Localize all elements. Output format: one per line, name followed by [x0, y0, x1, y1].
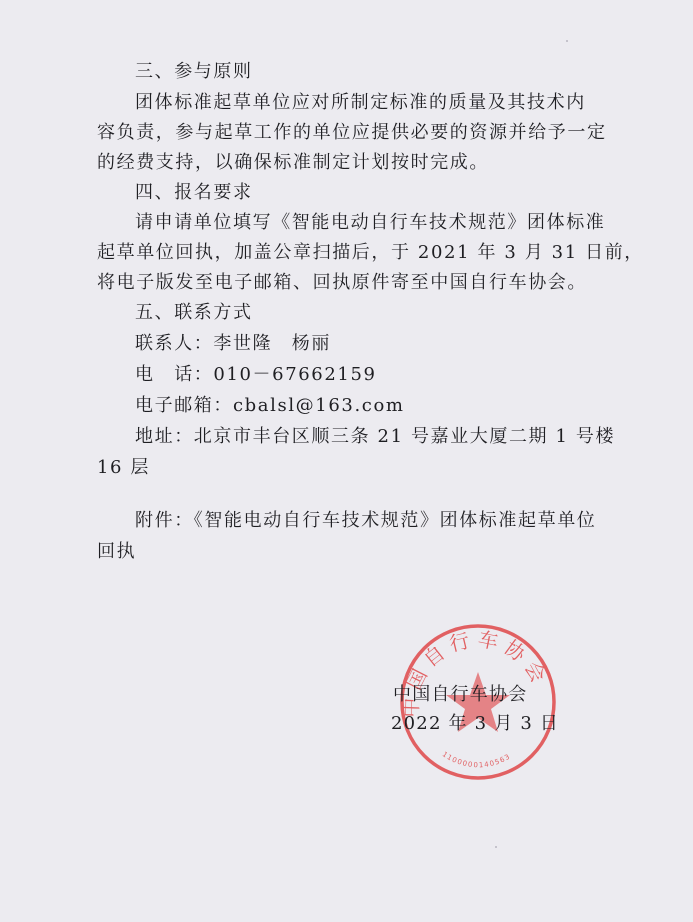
contact-address-cont: 16 层 — [97, 457, 597, 479]
paragraph-line: 请申请单位填写《智能电动自行车技术规范》团体标准 — [135, 212, 635, 234]
paragraph-line: 容负责，参与起草工作的单位应提供必要的资源并给予一定 — [97, 122, 597, 144]
paragraph-line: 将电子版发至电子邮箱、回执原件寄至中国自行车协会。 — [97, 272, 597, 294]
contact-phone: 电 话：010－67662159 — [135, 364, 635, 386]
attachment-note: 附件：《智能电动自行车技术规范》团体标准起草单位 — [135, 510, 635, 532]
signing-date: 2022 年 3 月 3 日 — [391, 713, 559, 735]
paragraph-line: 团体标准起草单位应对所制定标准的质量及其技术内 — [135, 92, 635, 114]
contact-person: 联系人：李世隆 杨丽 — [135, 333, 635, 355]
paper-speck — [566, 40, 568, 42]
section-heading-principles: 三、参与原则 — [135, 61, 635, 83]
document-page: 三、参与原则 团体标准起草单位应对所制定标准的质量及其技术内 容负责，参与起草工… — [0, 0, 693, 922]
paper-speck — [495, 846, 497, 848]
svg-text:1100000140563: 1100000140563 — [441, 750, 512, 769]
attachment-note-cont: 回执 — [97, 541, 597, 563]
paragraph-line: 起草单位回执，加盖公章扫描后，于 2021 年 3 月 31 日前， — [97, 242, 597, 264]
section-heading-contact: 五、联系方式 — [135, 302, 635, 324]
paragraph-line: 的经费支持，以确保标准制定计划按时完成。 — [97, 152, 597, 174]
contact-email: 电子邮箱：cbalsl@163.com — [135, 395, 635, 417]
section-heading-registration: 四、报名要求 — [135, 182, 635, 204]
signing-organization: 中国自行车协会 — [393, 684, 527, 706]
contact-address: 地址：北京市丰台区顺三条 21 号嘉业大厦二期 1 号楼 — [135, 426, 635, 448]
